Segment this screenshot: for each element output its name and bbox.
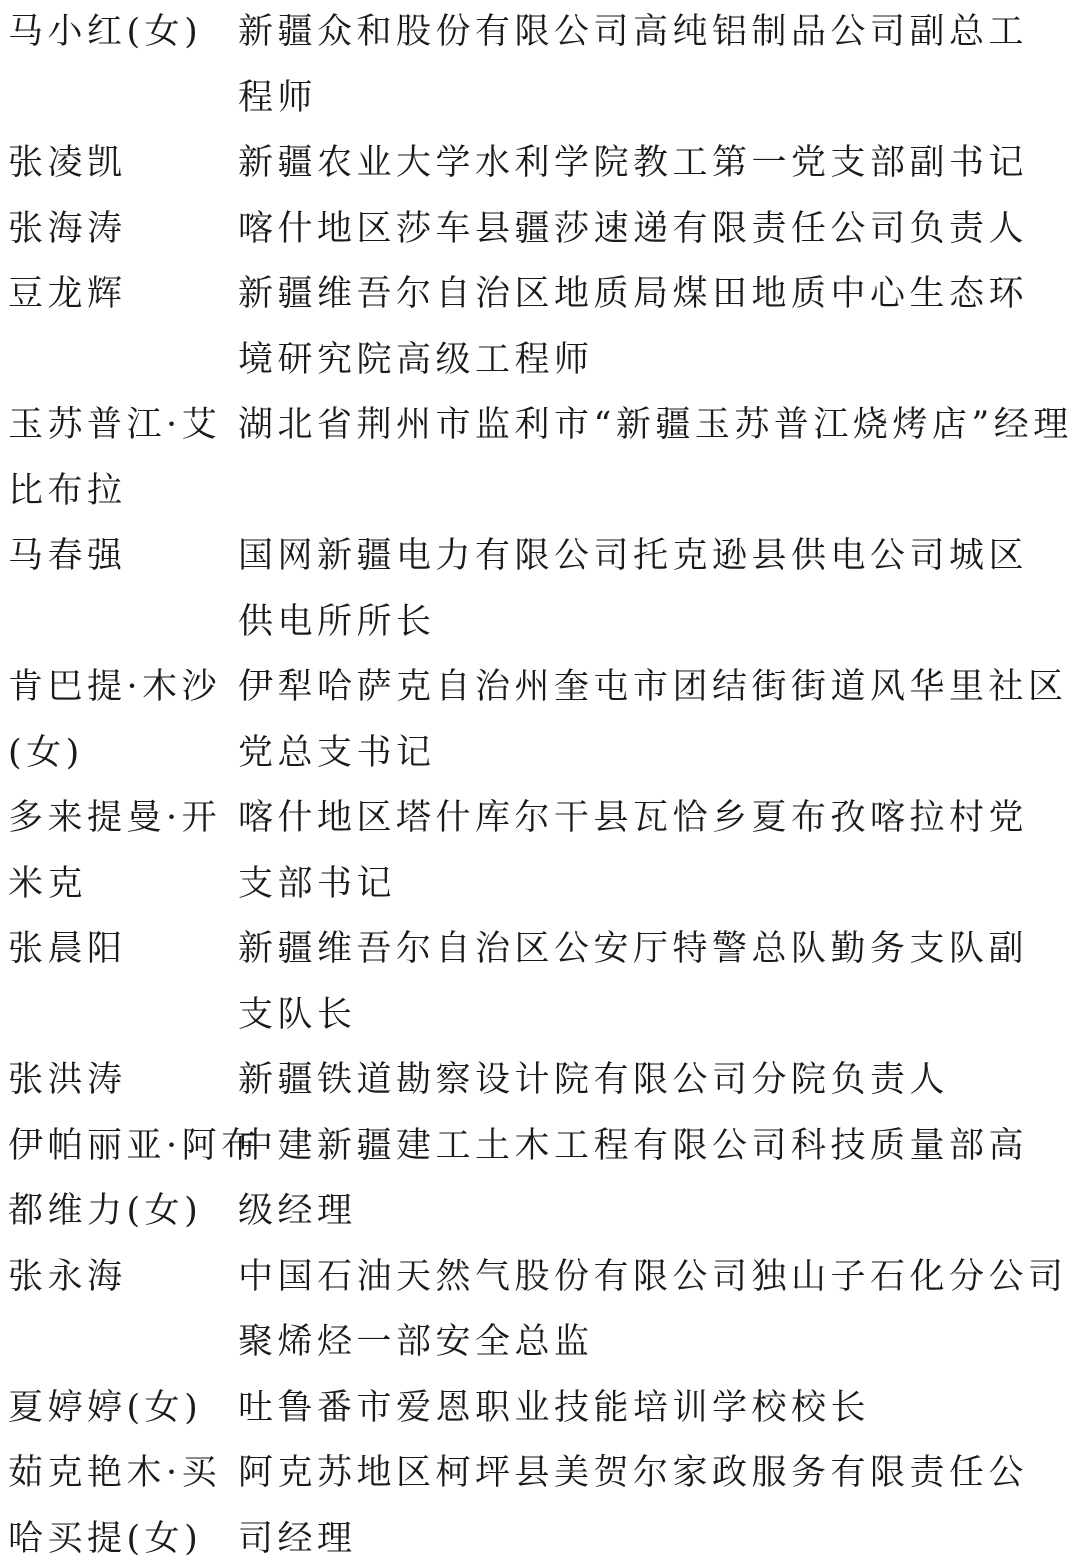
- name-line: 哈买提(女): [8, 1507, 230, 1566]
- name-line: 茹克艳木·买: [8, 1441, 230, 1507]
- person-title: 伊犁哈萨克自治州奎屯市团结街街道风华里社区 党总支书记: [230, 655, 1080, 786]
- name-line: 多来提曼·开: [8, 786, 230, 852]
- title-line: 党总支书记: [238, 721, 1068, 787]
- title-line: 阿克苏地区柯坪县美贺尔家政服务有限责任公: [238, 1441, 1060, 1507]
- person-name: 张晨阳: [0, 917, 230, 983]
- title-line: 支部书记: [238, 852, 1060, 918]
- list-item: 伊帕丽亚·阿布 都维力(女) 中建新疆建工土木工程有限公司科技质量部高 级经理: [0, 1114, 1080, 1245]
- person-title: 新疆维吾尔自治区地质局煤田地质中心生态环 境研究院高级工程师: [230, 262, 1080, 393]
- name-line: 玉苏普江·艾: [8, 393, 230, 459]
- person-name: 马小红(女): [0, 0, 230, 66]
- list-item: 多来提曼·开 米克 喀什地区塔什库尔干县瓦恰乡夏布孜喀拉村党 支部书记: [0, 786, 1080, 917]
- name-line: 张洪涛: [8, 1048, 230, 1114]
- title-line: 中建新疆建工土木工程有限公司科技质量部高: [238, 1114, 1060, 1180]
- person-title: 喀什地区塔什库尔干县瓦恰乡夏布孜喀拉村党 支部书记: [230, 786, 1080, 917]
- title-line: 国网新疆电力有限公司托克逊县供电公司城区: [238, 524, 1060, 590]
- person-name: 玉苏普江·艾 比布拉: [0, 393, 230, 524]
- person-name: 张洪涛: [0, 1048, 230, 1114]
- name-line: 马小红(女): [8, 0, 230, 66]
- person-title: 新疆众和股份有限公司高纯铝制品公司副总工 程师: [230, 0, 1080, 131]
- person-title: 国网新疆电力有限公司托克逊县供电公司城区 供电所所长: [230, 524, 1080, 655]
- name-line: 马春强: [8, 524, 230, 590]
- title-line: 喀什地区莎车县疆莎速递有限责任公司负责人: [238, 197, 1060, 263]
- name-line: 夏婷婷(女): [8, 1376, 230, 1442]
- list-item: 张海涛 喀什地区莎车县疆莎速递有限责任公司负责人: [0, 197, 1080, 263]
- person-title: 阿克苏地区柯坪县美贺尔家政服务有限责任公 司经理: [230, 1441, 1080, 1566]
- list-item: 马小红(女) 新疆众和股份有限公司高纯铝制品公司副总工 程师: [0, 0, 1080, 131]
- title-line: 支队长: [238, 983, 1060, 1049]
- person-title: 中建新疆建工土木工程有限公司科技质量部高 级经理: [230, 1114, 1080, 1245]
- person-title: 中国石油天然气股份有限公司独山子石化分公司 聚烯烃一部安全总监: [230, 1245, 1080, 1376]
- title-line: 新疆维吾尔自治区地质局煤田地质中心生态环: [238, 262, 1060, 328]
- list-item: 张永海 中国石油天然气股份有限公司独山子石化分公司 聚烯烃一部安全总监: [0, 1245, 1080, 1376]
- list-item: 夏婷婷(女) 吐鲁番市爱恩职业技能培训学校校长: [0, 1376, 1080, 1442]
- title-line: 境研究院高级工程师: [238, 328, 1060, 394]
- title-line: 新疆维吾尔自治区公安厅特警总队勤务支队副: [238, 917, 1060, 983]
- title-line: 程师: [238, 66, 1060, 132]
- list-item: 马春强 国网新疆电力有限公司托克逊县供电公司城区 供电所所长: [0, 524, 1080, 655]
- name-line: 米克: [8, 852, 230, 918]
- person-name: 马春强: [0, 524, 230, 590]
- title-line: 湖北省荆州市监利市“新疆玉苏普江烧烤店”经理: [238, 393, 1073, 459]
- name-line: (女): [8, 721, 230, 787]
- title-line: 级经理: [238, 1179, 1060, 1245]
- person-title: 吐鲁番市爱恩职业技能培训学校校长: [230, 1376, 1080, 1442]
- list-item: 张晨阳 新疆维吾尔自治区公安厅特警总队勤务支队副 支队长: [0, 917, 1080, 1048]
- title-line: 伊犁哈萨克自治州奎屯市团结街街道风华里社区: [238, 655, 1068, 721]
- name-line: 比布拉: [8, 459, 230, 525]
- list-item: 张凌凯 新疆农业大学水利学院教工第一党支部副书记: [0, 131, 1080, 197]
- name-line: 张晨阳: [8, 917, 230, 983]
- title-line: 供电所所长: [238, 590, 1060, 656]
- title-line: 喀什地区塔什库尔干县瓦恰乡夏布孜喀拉村党: [238, 786, 1060, 852]
- list-item: 张洪涛 新疆铁道勘察设计院有限公司分院负责人: [0, 1048, 1080, 1114]
- name-line: 张海涛: [8, 197, 230, 263]
- person-name: 伊帕丽亚·阿布 都维力(女): [0, 1114, 230, 1245]
- person-title: 喀什地区莎车县疆莎速递有限责任公司负责人: [230, 197, 1080, 263]
- name-line: 张永海: [8, 1245, 230, 1311]
- title-line: 新疆铁道勘察设计院有限公司分院负责人: [238, 1048, 1060, 1114]
- title-line: 吐鲁番市爱恩职业技能培训学校校长: [238, 1376, 1060, 1442]
- person-title: 新疆农业大学水利学院教工第一党支部副书记: [230, 131, 1080, 197]
- name-line: 伊帕丽亚·阿布: [8, 1114, 230, 1180]
- person-name: 豆龙辉: [0, 262, 230, 328]
- person-name: 张凌凯: [0, 131, 230, 197]
- list-item: 茹克艳木·买 哈买提(女) 阿克苏地区柯坪县美贺尔家政服务有限责任公 司经理: [0, 1441, 1080, 1566]
- person-name: 茹克艳木·买 哈买提(女): [0, 1441, 230, 1566]
- title-line: 中国石油天然气股份有限公司独山子石化分公司: [238, 1245, 1068, 1311]
- title-line: 新疆农业大学水利学院教工第一党支部副书记: [238, 131, 1060, 197]
- person-name: 肯巴提·木沙 (女): [0, 655, 230, 786]
- name-line: 豆龙辉: [8, 262, 230, 328]
- person-name: 张永海: [0, 1245, 230, 1311]
- title-line: 新疆众和股份有限公司高纯铝制品公司副总工: [238, 0, 1060, 66]
- list-item: 玉苏普江·艾 比布拉 湖北省荆州市监利市“新疆玉苏普江烧烤店”经理: [0, 393, 1080, 524]
- list-item: 肯巴提·木沙 (女) 伊犁哈萨克自治州奎屯市团结街街道风华里社区 党总支书记: [0, 655, 1080, 786]
- name-line: 肯巴提·木沙: [8, 655, 230, 721]
- honoree-list: 马小红(女) 新疆众和股份有限公司高纯铝制品公司副总工 程师 张凌凯 新疆农业大…: [0, 0, 1080, 1566]
- name-line: 张凌凯: [8, 131, 230, 197]
- person-name: 夏婷婷(女): [0, 1376, 230, 1442]
- person-title: 新疆维吾尔自治区公安厅特警总队勤务支队副 支队长: [230, 917, 1080, 1048]
- title-line: 聚烯烃一部安全总监: [238, 1310, 1068, 1376]
- person-title: 湖北省荆州市监利市“新疆玉苏普江烧烤店”经理: [230, 393, 1080, 459]
- person-name: 张海涛: [0, 197, 230, 263]
- person-name: 多来提曼·开 米克: [0, 786, 230, 917]
- title-line: 司经理: [238, 1507, 1060, 1566]
- name-line: 都维力(女): [8, 1179, 230, 1245]
- list-item: 豆龙辉 新疆维吾尔自治区地质局煤田地质中心生态环 境研究院高级工程师: [0, 262, 1080, 393]
- person-title: 新疆铁道勘察设计院有限公司分院负责人: [230, 1048, 1080, 1114]
